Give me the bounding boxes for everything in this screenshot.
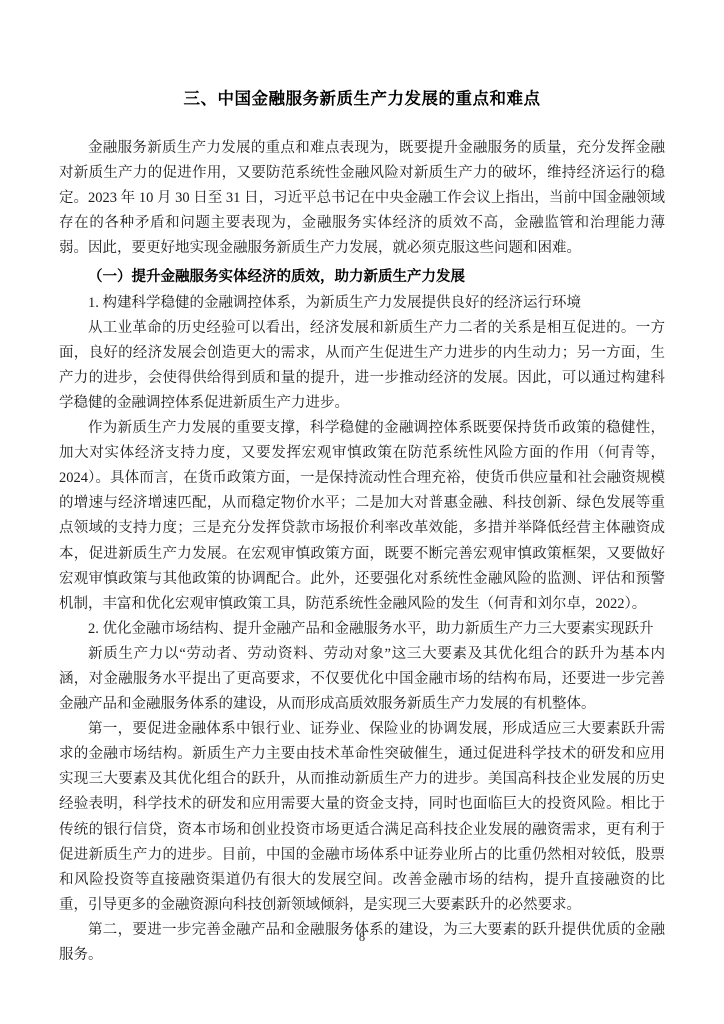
paragraph-overview: 金融服务新质生产力发展的重点和难点表现为，既要提升金融服务的质量，充分发挥金融对… [59, 136, 665, 261]
document-content: 三、中国金融服务新质生产力发展的重点和难点 金融服务新质生产力发展的重点和难点表… [59, 85, 665, 968]
paragraph-industrial-revolution: 从工业革命的历史经验可以看出，经济发展和新质生产力二者的关系是相互促进的。一方面… [59, 316, 665, 416]
paragraph-first-point: 第一，要促进金融体系中银行业、证券业、保险业的协调发展，形成适应三大要素跃升需求… [59, 717, 665, 918]
subsection-heading-2: 2. 优化金融市场结构、提升金融产品和金融服务水平，助力新质生产力三大要素实现跃… [59, 617, 665, 642]
paragraph-monetary-policy: 作为新质生产力发展的重要支撑，科学稳健的金融调控体系既要保持货币政策的稳健性，加… [59, 416, 665, 617]
page-number: 8 [0, 930, 724, 945]
document-title: 三、中国金融服务新质生产力发展的重点和难点 [59, 85, 665, 109]
subsection-heading-1: 1. 构建科学稳健的金融调控体系，为新质生产力发展提供良好的经济运行环境 [59, 291, 665, 316]
paragraph-three-elements: 新质生产力以“劳动者、劳动资料、劳动对象”这三大要素及其优化组合的跃升为基本内涵… [59, 642, 665, 717]
section-heading-1: （一）提升金融服务实体经济的质效，助力新质生产力发展 [59, 265, 665, 290]
document-page: 三、中国金融服务新质生产力发展的重点和难点 金融服务新质生产力发展的重点和难点表… [0, 0, 724, 1024]
